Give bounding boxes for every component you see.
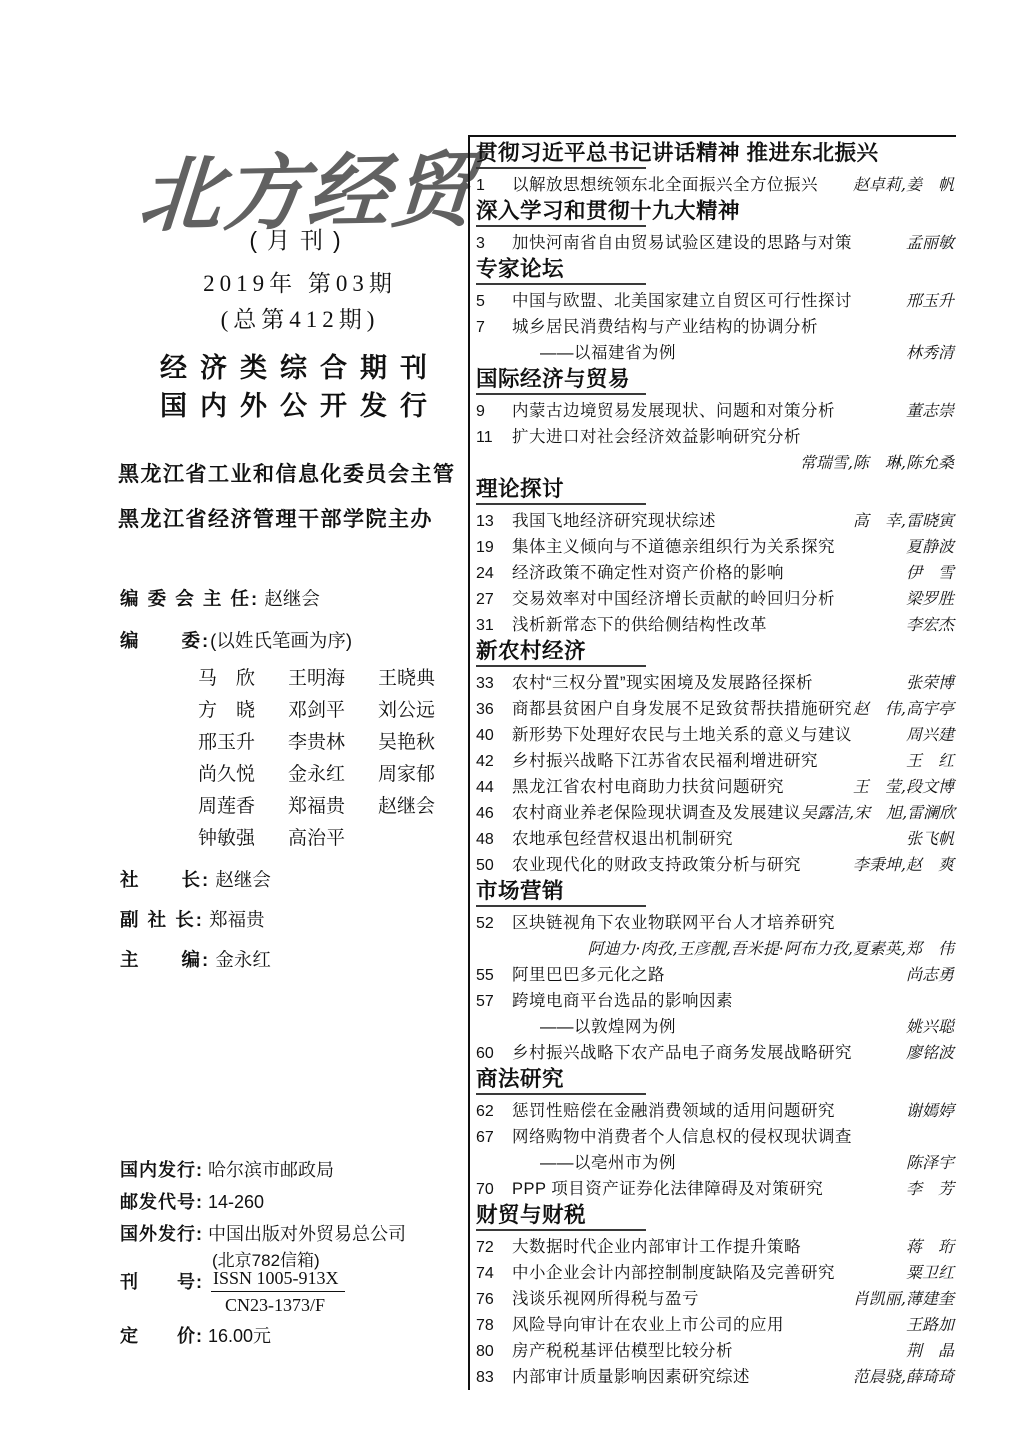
toc-page-number: 5 [476,289,512,315]
toc-article-title: 阿里巴巴多元化之路 [512,962,665,988]
toc-page-number: 55 [476,963,512,989]
toc-authors: 赵 伟,高宇亭 [853,696,956,722]
toc-page-number: 62 [476,1099,512,1125]
toc-section-title: 深入学习和贯彻十九大精神 [476,199,956,224]
toc-authors: 李秉坤,赵 爽 [853,852,956,878]
board-row: 邢玉升李贵林吴艳秋 [198,727,468,759]
toc-authors: 王路加 [906,1312,956,1338]
toc-page-number: 9 [476,399,512,425]
journal-frequency: (月刊) [115,222,485,255]
toc-article-title: 跨境电商平台选品的影响因素 [512,988,733,1014]
toc-page-number: 3 [476,231,512,257]
toc-section-title: 市场营销 [476,879,956,904]
organizer-line: 黑龙江省经济管理干部学院主办 [118,503,478,533]
board-member-name: 刘公远 [378,695,468,727]
toc-article-title: 区块链视角下农业物联网平台人才培养研究 [512,910,835,936]
editorial-board-note: (以姓氏笔画为序) [210,630,352,651]
toc-item: 72大数据时代企业内部审计工作提升策略蒋 珩 [476,1234,956,1260]
toc-page-number: 48 [476,827,512,853]
toc-section: 理论探讨13我国飞地经济研究现状综述高 幸,雷晓寅19集体主义倾向与不道德亲组织… [476,477,956,638]
board-member-name: 王晓典 [378,663,468,695]
toc-article-title: 扩大进口对社会经济效益影响研究分析 [512,424,801,450]
toc-item: 70PPP 项目资产证券化法律障碍及对策研究李 芳 [476,1176,956,1202]
toc-item: ——以敦煌网为例姚兴聪 [476,1014,956,1040]
board-row: 尚久悦金永红周家郁 [198,759,468,791]
toc-item: 1以解放思想统领东北全面振兴全方位振兴赵卓莉,姜 帆 [476,172,956,198]
toc-authors: 陈泽宇 [906,1150,956,1176]
section-underline-rule [476,1093,646,1095]
toc-page-number: 40 [476,723,512,749]
toc-authors: 张荣博 [906,670,956,696]
chief-editor-line: 主 编: 金永红 [120,946,271,972]
toc-authors: 邢玉升 [906,288,956,314]
toc-section-title: 贯彻习近平总书记讲话精神 推进东北振兴 [476,141,956,166]
board-member-name: 钟敏强 [198,823,288,855]
toc-authors: 高 幸,雷晓寅 [853,508,956,534]
toc-page-number: 72 [476,1235,512,1261]
vice-president-line: 副 社 长: 郑福贵 [120,906,265,932]
toc-item: 76浅谈乐视网所得税与盈亏肖凯丽,薄建奎 [476,1286,956,1312]
toc-article-title: 农地承包经营权退出机制研究 [512,826,733,852]
chief-editor-label: 主 编: [120,949,210,970]
toc-item: 60乡村振兴战略下农产品电子商务发展战略研究廖铭波 [476,1040,956,1066]
toc-page-number: 1 [476,173,512,199]
toc-article-title: ——以亳州市为例 [540,1150,676,1176]
toc-authors: 孟丽敏 [906,230,956,256]
toc-section: 贯彻习近平总书记讲话精神 推进东北振兴1以解放思想统领东北全面振兴全方位振兴赵卓… [476,141,956,198]
chief-editor-name: 金永红 [215,949,271,970]
toc-page-number: 19 [476,535,512,561]
toc-article-title: PPP 项目资产证券化法律障碍及对策研究 [512,1176,823,1202]
toc-authors: 尚志勇 [906,962,956,988]
table-of-contents: 贯彻习近平总书记讲话精神 推进东北振兴1以解放思想统领东北全面振兴全方位振兴赵卓… [468,135,956,1390]
toc-item: 48农地承包经营权退出机制研究张飞帆 [476,826,956,852]
toc-article-title: 浅析新常态下的供给侧结构性改革 [512,612,767,638]
editorial-chair-name: 赵继会 [264,588,320,609]
toc-page-number: 36 [476,697,512,723]
toc-item: 阿迪力·肉孜,王彦靓,吾米提·阿布力孜,夏素英,郑 伟 [476,936,956,962]
board-row: 方 晓邓剑平刘公远 [198,695,468,727]
toc-item: 83内部审计质量影响因素研究综述范晨骁,薛琦琦 [476,1364,956,1390]
vice-president-name: 郑福贵 [209,909,265,930]
toc-page-number: 78 [476,1313,512,1339]
board-member-name: 邓剑平 [288,695,378,727]
issn-fraction: ISSN 1005-913X CN23-1373/F [211,1268,345,1316]
toc-authors: 阿迪力·肉孜,王彦靓,吾米提·阿布力孜,夏素英,郑 伟 [587,936,956,962]
toc-item: 11扩大进口对社会经济效益影响研究分析 [476,424,956,450]
toc-item: 62惩罚性赔偿在金融消费领域的适用问题研究谢嫣婷 [476,1098,956,1124]
toc-article-title: 以解放思想统领东北全面振兴全方位振兴 [512,172,818,198]
section-underline-rule [476,393,646,395]
toc-page-number: 67 [476,1125,512,1151]
toc-item: 46农村商业养老保险现状调查及发展建议吴露洁,宋 旭,雷澜欣 [476,800,956,826]
section-underline-rule [476,1229,646,1231]
editorial-chair-label: 编 委 会 主 任: [120,588,259,609]
toc-page-number: 13 [476,509,512,535]
board-member-name: 李贵林 [288,727,378,759]
toc-item: 13我国飞地经济研究现状综述高 幸,雷晓寅 [476,508,956,534]
price-label: 定 价: [120,1326,203,1346]
editorial-board-names: 马 欣王明海王晓典方 晓邓剑平刘公远邢玉升李贵林吴艳秋尚久悦金永红周家郁周莲香郑… [198,663,468,855]
toc-article-title: 加快河南省自由贸易试验区建设的思路与对策 [512,230,852,256]
domestic-distribution-line: 国内发行: 哈尔滨市邮政局 [120,1156,334,1182]
toc-authors: 周兴建 [906,722,956,748]
toc-section-title: 专家论坛 [476,257,956,282]
toc-authors: 林秀清 [906,340,956,366]
board-member-name: 邢玉升 [198,727,288,759]
toc-item: 52区块链视角下农业物联网平台人才培养研究 [476,910,956,936]
toc-page-number: 31 [476,613,512,639]
section-underline-rule [476,283,646,285]
toc-authors: 王 莹,段文博 [853,774,956,800]
toc-section-title: 新农村经济 [476,639,956,664]
board-member-name: 周家郁 [378,759,468,791]
toc-authors: 李宏杰 [906,612,956,638]
section-underline-rule [476,167,646,169]
editorial-board-line: 编 委:(以姓氏笔画为序) [120,627,352,653]
toc-section: 深入学习和贯彻十九大精神3加快河南省自由贸易试验区建设的思路与对策孟丽敏 [476,199,956,256]
issn-line: 刊 号: ISSN 1005-913X CN23-1373/F [120,1268,345,1316]
toc-page-number: 70 [476,1177,512,1203]
toc-authors: 蒋 珩 [906,1234,956,1260]
toc-item: 36商都县贫困户自身发展不足致贫帮扶措施研究赵 伟,高宇亭 [476,696,956,722]
toc-item: 44黑龙江省农村电商助力扶贫问题研究王 莹,段文博 [476,774,956,800]
board-member-name: 赵继会 [378,791,468,823]
toc-item: 7城乡居民消费结构与产业结构的协调分析 [476,314,956,340]
toc-page-number: 27 [476,587,512,613]
toc-article-title: 中国与欧盟、北美国家建立自贸区可行性探讨 [512,288,852,314]
toc-authors: 荆 晶 [906,1338,956,1364]
board-member-name: 吴艳秋 [378,727,468,759]
toc-article-title: 我国飞地经济研究现状综述 [512,508,716,534]
toc-article-title: 内部审计质量影响因素研究综述 [512,1364,750,1390]
distribution-scope: 国内外公开发行 [115,384,485,423]
toc-article-title: 城乡居民消费结构与产业结构的协调分析 [512,314,818,340]
toc-article-title: 集体主义倾向与不道德亲组织行为关系探究 [512,534,835,560]
toc-item: 74中小企业会计内部控制制度缺陷及完善研究粟卫红 [476,1260,956,1286]
toc-article-title: 经济政策不确定性对资产价格的影响 [512,560,784,586]
issn-label: 刊 号: [120,1268,203,1316]
board-member-name: 方 晓 [198,695,288,727]
issue-number: 2019年 第03期 [115,265,485,298]
toc-page-number: 24 [476,561,512,587]
toc-article-title: 网络购物中消费者个人信息权的侵权现状调查 [512,1124,852,1150]
toc-authors: 王 红 [906,748,956,774]
board-member-name: 金永红 [288,759,378,791]
board-member-name: 王明海 [288,663,378,695]
toc-page-number: 52 [476,911,512,937]
section-underline-rule [476,503,646,505]
toc-page-number: 57 [476,989,512,1015]
editorial-board-label: 编 委: [120,630,210,651]
toc-section: 财贸与财税72大数据时代企业内部审计工作提升策略蒋 珩74中小企业会计内部控制制… [476,1203,956,1390]
toc-page-number: 76 [476,1287,512,1313]
toc-item: 67网络购物中消费者个人信息权的侵权现状调查 [476,1124,956,1150]
foreign-distribution-line: 国外发行: 中国出版对外贸易总公司 [120,1220,406,1246]
toc-article-title: 交易效率对中国经济增长贡献的岭回归分析 [512,586,835,612]
toc-article-title: 中小企业会计内部控制制度缺陷及完善研究 [512,1260,835,1286]
toc-item: 19集体主义倾向与不道德亲组织行为关系探究夏静波 [476,534,956,560]
toc-article-title: 乡村振兴战略下江苏省农民福利增进研究 [512,748,818,774]
editorial-chair-line: 编 委 会 主 任: 赵继会 [120,585,320,611]
toc-article-title: 大数据时代企业内部审计工作提升策略 [512,1234,801,1260]
board-row: 周莲香郑福贵赵继会 [198,791,468,823]
board-member-name: 马 欣 [198,663,288,695]
president-name: 赵继会 [215,869,271,890]
postal-code-label: 邮发代号: [120,1192,203,1212]
section-underline-rule [476,665,646,667]
toc-item: 5中国与欧盟、北美国家建立自贸区可行性探讨邢玉升 [476,288,956,314]
board-member-name [378,823,468,855]
president-label: 社 长: [120,869,210,890]
postal-code-line: 邮发代号: 14-260 [120,1188,264,1214]
toc-article-title: 乡村振兴战略下农产品电子商务发展战略研究 [512,1040,852,1066]
vice-president-label: 副 社 长: [120,909,204,930]
section-underline-rule [476,905,646,907]
toc-section: 新农村经济33农村“三权分置”现实困境及发展路径探析张荣博36商都县贫困户自身发… [476,639,956,878]
toc-page-number: 80 [476,1339,512,1365]
price-line: 定 价: 16.00元 [120,1322,271,1348]
toc-article-title: 浅谈乐视网所得税与盈亏 [512,1286,699,1312]
toc-page-number: 7 [476,315,512,341]
cn-number-value: CN23-1373/F [211,1292,345,1316]
toc-item: 27交易效率对中国经济增长贡献的岭回归分析梁罗胜 [476,586,956,612]
toc-item: ——以亳州市为例陈泽宇 [476,1150,956,1176]
journal-category: 经济类综合期刊 [115,346,485,385]
toc-article-title: 惩罚性赔偿在金融消费领域的适用问题研究 [512,1098,835,1124]
toc-page-number: 74 [476,1261,512,1287]
toc-article-title: 新形势下处理好农民与土地关系的意义与建议 [512,722,852,748]
toc-item: 9内蒙古边境贸易发展现状、问题和对策分析董志崇 [476,398,956,424]
foreign-distribution-value: 中国出版对外贸易总公司 [208,1224,406,1244]
section-underline-rule [476,225,646,227]
toc-page-number: 60 [476,1041,512,1067]
toc-section: 商法研究62惩罚性赔偿在金融消费领域的适用问题研究谢嫣婷67网络购物中消费者个人… [476,1067,956,1202]
cumulative-issue-number: (总第412期) [115,301,485,334]
toc-item: 78风险导向审计在农业上市公司的应用王路加 [476,1312,956,1338]
toc-page-number: 44 [476,775,512,801]
toc-authors: 赵卓莉,姜 帆 [853,172,956,198]
toc-page-number: 33 [476,671,512,697]
supervisor-line: 黑龙江省工业和信息化委员会主管 [118,458,478,488]
toc-section: 国际经济与贸易9内蒙古边境贸易发展现状、问题和对策分析董志崇11扩大进口对社会经… [476,367,956,476]
toc-section-title: 财贸与财税 [476,1203,956,1228]
toc-authors: 肖凯丽,薄建奎 [853,1286,956,1312]
toc-item: 55阿里巴巴多元化之路尚志勇 [476,962,956,988]
toc-article-title: ——以敦煌网为例 [540,1014,676,1040]
toc-item: 80房产税税基评估模型比较分析荆 晶 [476,1338,956,1364]
toc-authors: 夏静波 [906,534,956,560]
board-row: 钟敏强高治平 [198,823,468,855]
toc-article-title: 商都县贫困户自身发展不足致贫帮扶措施研究 [512,696,852,722]
toc-authors: 吴露洁,宋 旭,雷澜欣 [801,800,957,826]
board-member-name: 郑福贵 [288,791,378,823]
toc-page-number: 83 [476,1365,512,1391]
toc-page-number: 50 [476,853,512,879]
toc-page-number: 42 [476,749,512,775]
toc-article-title: ——以福建省为例 [540,340,676,366]
president-line: 社 长: 赵继会 [120,866,271,892]
toc-article-title: 房产税税基评估模型比较分析 [512,1338,733,1364]
toc-authors: 梁罗胜 [906,586,956,612]
toc-authors: 伊 雪 [906,560,956,586]
toc-authors: 粟卫红 [906,1260,956,1286]
toc-section-title: 理论探讨 [476,477,956,502]
toc-item: 33农村“三权分置”现实困境及发展路径探析张荣博 [476,670,956,696]
toc-article-title: 黑龙江省农村电商助力扶贫问题研究 [512,774,784,800]
domestic-distribution-value: 哈尔滨市邮政局 [208,1160,334,1180]
toc-page-number: 46 [476,801,512,827]
toc-item: 57跨境电商平台选品的影响因素 [476,988,956,1014]
toc-article-title: 内蒙古边境贸易发展现状、问题和对策分析 [512,398,835,424]
toc-section-title: 商法研究 [476,1067,956,1092]
toc-authors: 李 芳 [906,1176,956,1202]
board-member-name: 周莲香 [198,791,288,823]
journal-toc-page: 北方经贸 (月刊) 2019年 第03期 (总第412期) 经济类综合期刊 国内… [0,0,1024,1448]
toc-section-title: 国际经济与贸易 [476,367,956,392]
toc-item: 40新形势下处理好农民与土地关系的意义与建议周兴建 [476,722,956,748]
toc-authors: 姚兴聪 [906,1014,956,1040]
toc-authors: 张飞帆 [906,826,956,852]
postal-code-value: 14-260 [208,1192,264,1212]
toc-item: 24经济政策不确定性对资产价格的影响伊 雪 [476,560,956,586]
toc-section: 专家论坛5中国与欧盟、北美国家建立自贸区可行性探讨邢玉升7城乡居民消费结构与产业… [476,257,956,366]
toc-article-title: 风险导向审计在农业上市公司的应用 [512,1312,784,1338]
toc-article-title: 农村商业养老保险现状调查及发展建议 [512,800,801,826]
toc-page-number: 11 [476,425,512,451]
issn-value: ISSN 1005-913X [211,1268,345,1292]
toc-article-title: 农业现代化的财政支持政策分析与研究 [512,852,801,878]
toc-authors: 谢嫣婷 [906,1098,956,1124]
board-member-name: 尚久悦 [198,759,288,791]
toc-authors: 董志崇 [906,398,956,424]
board-member-name: 高治平 [288,823,378,855]
board-row: 马 欣王明海王晓典 [198,663,468,695]
toc-item: 31浅析新常态下的供给侧结构性改革李宏杰 [476,612,956,638]
toc-section: 市场营销52区块链视角下农业物联网平台人才培养研究阿迪力·肉孜,王彦靓,吾米提·… [476,879,956,1066]
domestic-distribution-label: 国内发行: [120,1160,203,1180]
toc-article-title: 农村“三权分置”现实困境及发展路径探析 [512,670,813,696]
toc-item: 50农业现代化的财政支持政策分析与研究李秉坤,赵 爽 [476,852,956,878]
toc-authors: 廖铭波 [906,1040,956,1066]
toc-item: 常瑞雪,陈 琳,陈允桑 [476,450,956,476]
price-value: 16.00元 [208,1326,271,1346]
toc-item: ——以福建省为例林秀清 [476,340,956,366]
toc-authors: 范晨骁,薛琦琦 [853,1364,956,1390]
toc-item: 3加快河南省自由贸易试验区建设的思路与对策孟丽敏 [476,230,956,256]
toc-item: 42乡村振兴战略下江苏省农民福利增进研究王 红 [476,748,956,774]
toc-authors: 常瑞雪,陈 琳,陈允桑 [800,450,956,476]
foreign-distribution-label: 国外发行: [120,1224,203,1244]
